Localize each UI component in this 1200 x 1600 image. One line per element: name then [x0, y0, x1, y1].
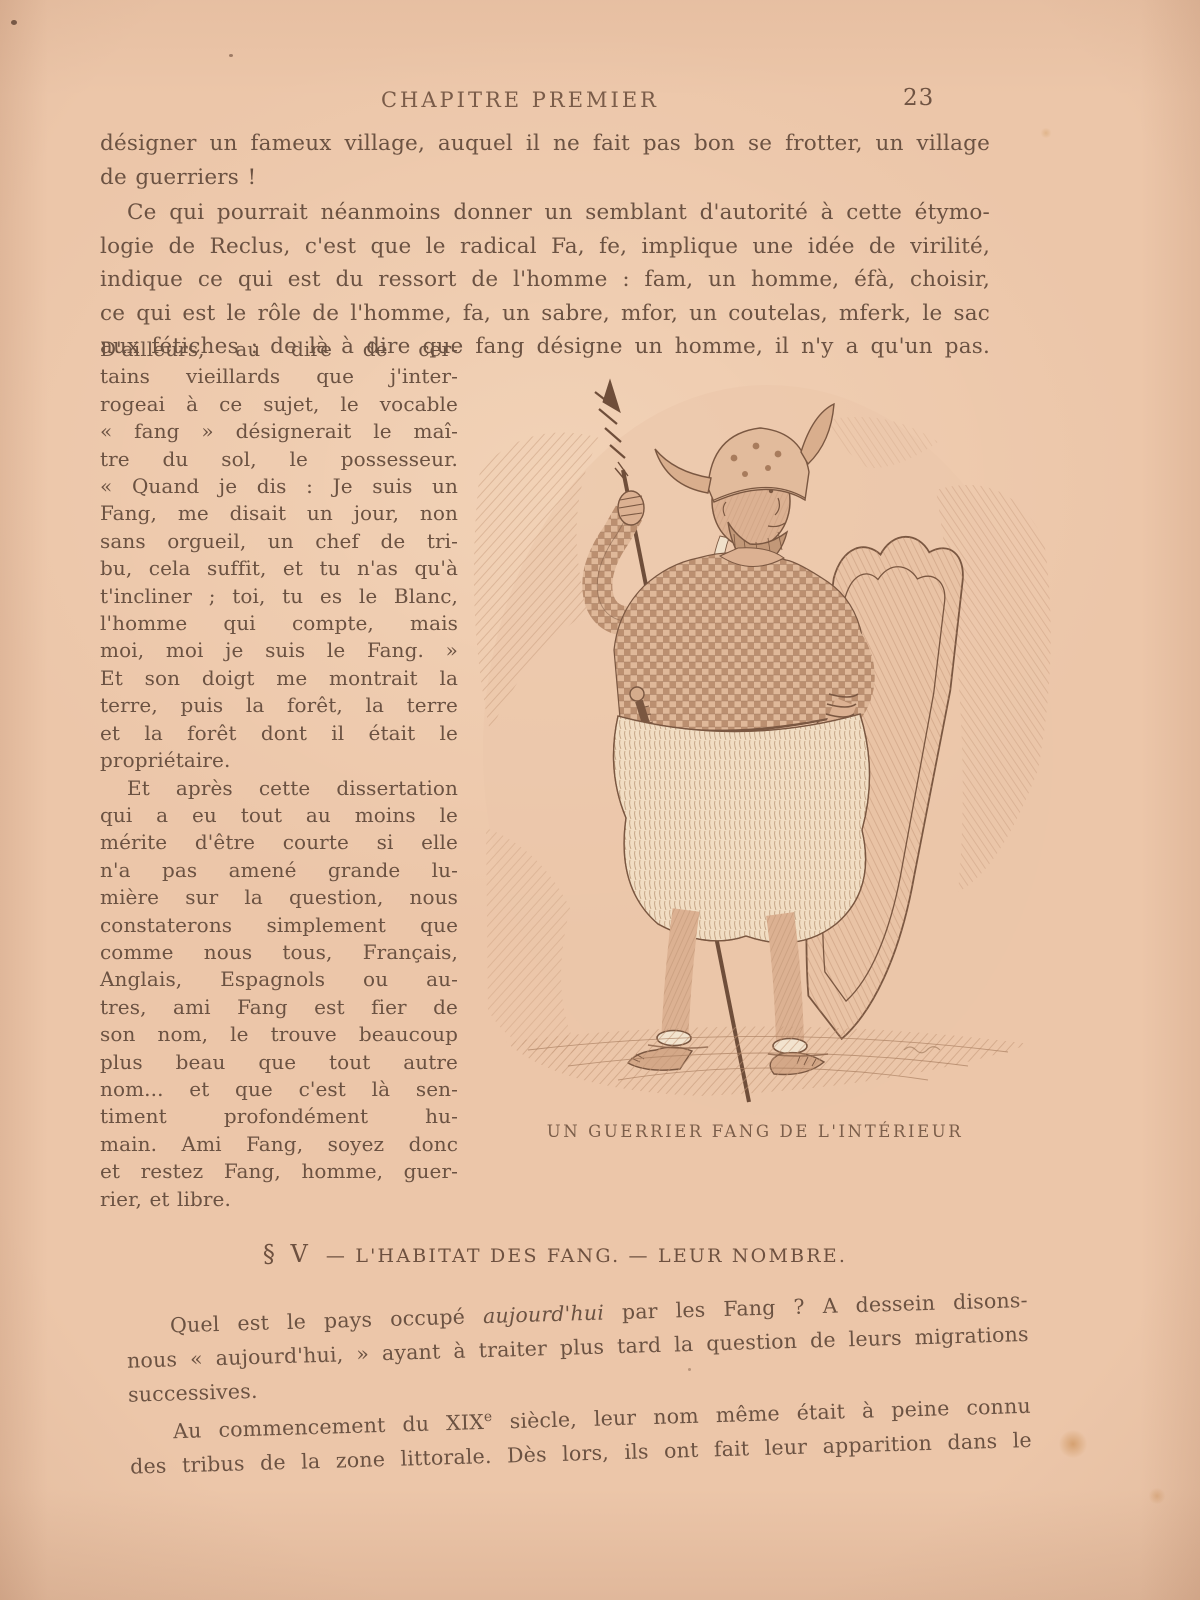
text-line: « Quand je dis : Je suis un: [100, 473, 458, 500]
text-line: Anglais, Espagnols ou au-: [100, 966, 458, 993]
text-line: moi, moi je suis le Fang. »: [100, 637, 458, 664]
text-segment: Quel est le pays occupé: [170, 1304, 484, 1337]
section-number: § V: [263, 1240, 312, 1268]
foxing-spot: [1040, 128, 1052, 138]
text-line: comme nous tous, Français,: [100, 939, 458, 966]
running-head-chapter: CHAPITRE PREMIER: [75, 88, 965, 112]
foxing-spot: [1058, 1430, 1088, 1458]
ground-graphic: [506, 1026, 1030, 1096]
text-line: rogeai à ce sujet, le vocable: [100, 391, 458, 418]
text-line: sans orgueil, un chef de tri-: [100, 528, 458, 555]
paragraph-1: désigner un fameux village, auquel il ne…: [100, 127, 990, 194]
text-line: Fang, me disait un jour, non: [100, 500, 458, 527]
italic-word: aujourd'hui: [483, 1301, 605, 1329]
text-line: Et son doigt me montrait la: [100, 665, 458, 692]
text-line: et la forêt dont il était le: [100, 720, 458, 747]
text-line: tains vieillards que j'inter-: [100, 363, 458, 390]
section-title: — L'HABITAT DES FANG. — LEUR NOMBRE.: [326, 1245, 847, 1267]
text-line: main. Ami Fang, soyez donc: [100, 1131, 458, 1158]
text-line: tres, ami Fang est fier de: [100, 994, 458, 1021]
warrior-engraving: [468, 350, 1068, 1130]
text-line: tre du sol, le possesseur.: [100, 446, 458, 473]
text-line: constaterons simplement que: [100, 912, 458, 939]
bottom-paragraphs: Quel est le pays occupé aujourd'hui par …: [126, 1284, 1033, 1484]
text-segment: Au commencement du XIX: [173, 1410, 485, 1443]
text-line: mérite d'être courte si elle: [100, 829, 458, 856]
text-line: D'ailleurs, au dire de cer-: [100, 336, 458, 363]
text-line: indique ce qui est du ressort de l'homme…: [100, 263, 990, 297]
book-page: CHAPITRE PREMIER 23 désigner un fameux v…: [0, 0, 1200, 1600]
ink-speck: [11, 20, 17, 25]
text-line: désigner un fameux village, auquel il ne…: [100, 127, 990, 161]
text-line: qui a eu tout au moins le: [100, 802, 458, 829]
text-line: de guerriers !: [100, 161, 990, 195]
text-line: propriétaire.: [100, 747, 458, 774]
text-line: l'homme qui compte, mais: [100, 610, 458, 637]
left-column: D'ailleurs, au dire de cer- tains vieill…: [100, 336, 458, 1213]
page-number: 23: [903, 85, 934, 111]
text-line: Et après cette dissertation: [100, 775, 458, 802]
section-heading: § V— L'HABITAT DES FANG. — LEUR NOMBRE.: [80, 1240, 1030, 1268]
text-line: terre, puis la forêt, la terre: [100, 692, 458, 719]
text-line: et restez Fang, homme, guer-: [100, 1158, 458, 1185]
text-line: timent profondément hu-: [100, 1103, 458, 1130]
text-line: rier, et libre.: [100, 1186, 458, 1213]
text-line: son nom, le trouve beaucoup: [100, 1021, 458, 1048]
text-line: logie de Reclus, c'est que le radical Fa…: [100, 230, 990, 264]
foxing-spot: [1148, 1488, 1166, 1504]
text-line: Ce qui pourrait néanmoins donner un semb…: [100, 196, 990, 230]
text-line: ce qui est le rôle de l'homme, fa, un sa…: [100, 297, 990, 331]
text-line: n'a pas amené grande lu-: [100, 857, 458, 884]
text-line: plus beau que tout autre: [100, 1049, 458, 1076]
text-line: nom... et que c'est là sen-: [100, 1076, 458, 1103]
text-line: « fang » désignerait le maî-: [100, 418, 458, 445]
ink-speck: [229, 54, 233, 57]
text-line: mière sur la question, nous: [100, 884, 458, 911]
text-line: bu, cela suffit, et tu n'as qu'à: [100, 555, 458, 582]
text-line: t'incliner ; toi, tu es le Blanc,: [100, 583, 458, 610]
illustration-caption: UN GUERRIER FANG DE L'INTÉRIEUR: [460, 1122, 1050, 1141]
